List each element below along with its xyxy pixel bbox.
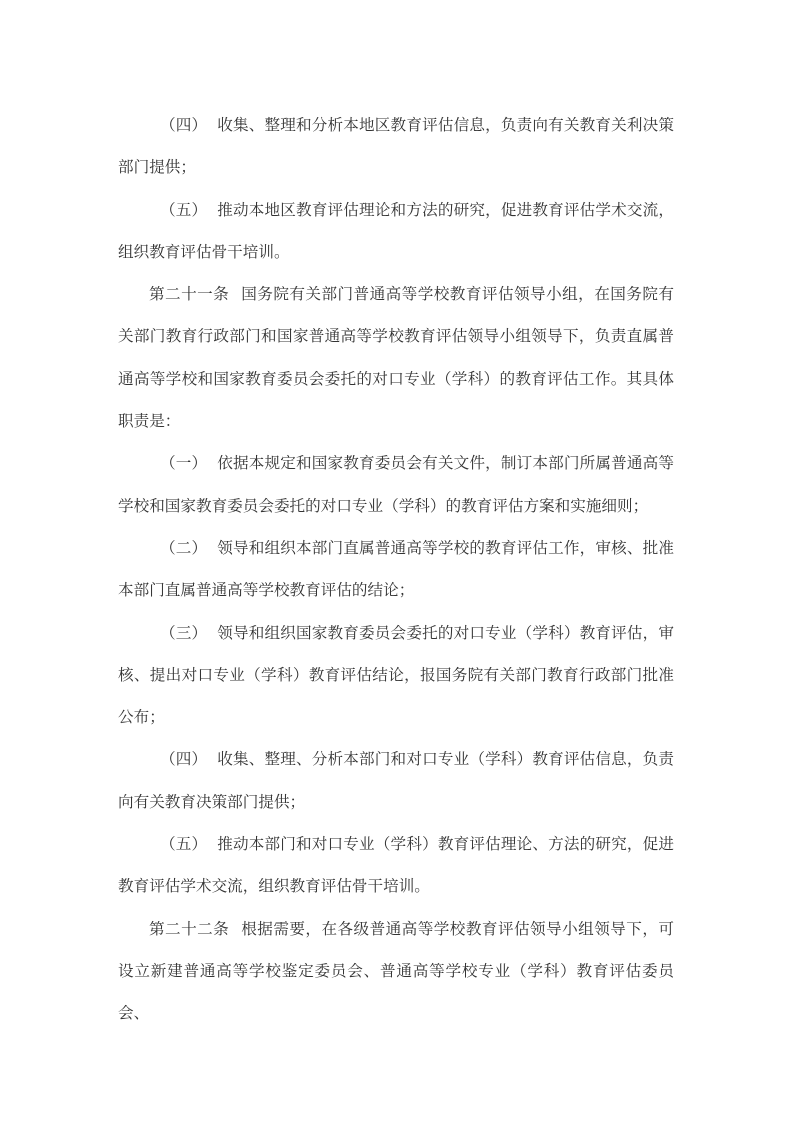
- item-number: （三）: [160, 624, 207, 642]
- paragraph-item-1: （一）依据本规定和国家教育委员会有关文件，制订本部门所属普通高等学校和国家教育委…: [118, 442, 674, 527]
- document-page: （四）收集、整理和分析本地区教育评估信息，负责向有关教育关利决策部门提供； （五…: [118, 104, 674, 1035]
- paragraph-item-4-dept: （四）收集、整理、分析本部门和对口专业（学科）教育评估信息，负责向有关教育决策部…: [118, 738, 674, 823]
- item-number: （四）: [160, 750, 207, 768]
- item-number: （四）: [160, 116, 207, 134]
- article-21: 第二十一条国务院有关部门普通高等学校教育评估领导小组，在国务院有关部门教育行政部…: [118, 273, 674, 442]
- paragraph-item-5-dept: （五）推动本部门和对口专业（学科）教育评估理论、方法的研究，促进教育评估学术交流…: [118, 823, 674, 908]
- paragraph-item-4-local: （四）收集、整理和分析本地区教育评估信息，负责向有关教育关利决策部门提供；: [118, 104, 674, 189]
- item-number: （二）: [160, 539, 207, 557]
- paragraph-item-5-local: （五）推动本地区教育评估理论和方法的研究，促进教育评估学术交流，组织教育评估骨干…: [118, 189, 674, 274]
- article-22: 第二十二条根据需要，在各级普通高等学校教育评估领导小组领导下，可设立新建普通高等…: [118, 908, 674, 1035]
- article-number: 第二十二条: [149, 920, 229, 938]
- article-number: 第二十一条: [149, 285, 229, 303]
- item-number: （五）: [160, 201, 207, 219]
- paragraph-item-3: （三）领导和组织国家教育委员会委托的对口专业（学科）教育评估，审核、提出对口专业…: [118, 612, 674, 739]
- item-number: （一）: [160, 454, 207, 472]
- paragraph-item-2: （二）领导和组织本部门直属普通高等学校的教育评估工作，审核、批准本部门直属普通高…: [118, 527, 674, 612]
- item-number: （五）: [160, 835, 207, 853]
- paragraph-text: 国务院有关部门普通高等学校教育评估领导小组，在国务院有关部门教育行政部门和国家普…: [118, 285, 674, 430]
